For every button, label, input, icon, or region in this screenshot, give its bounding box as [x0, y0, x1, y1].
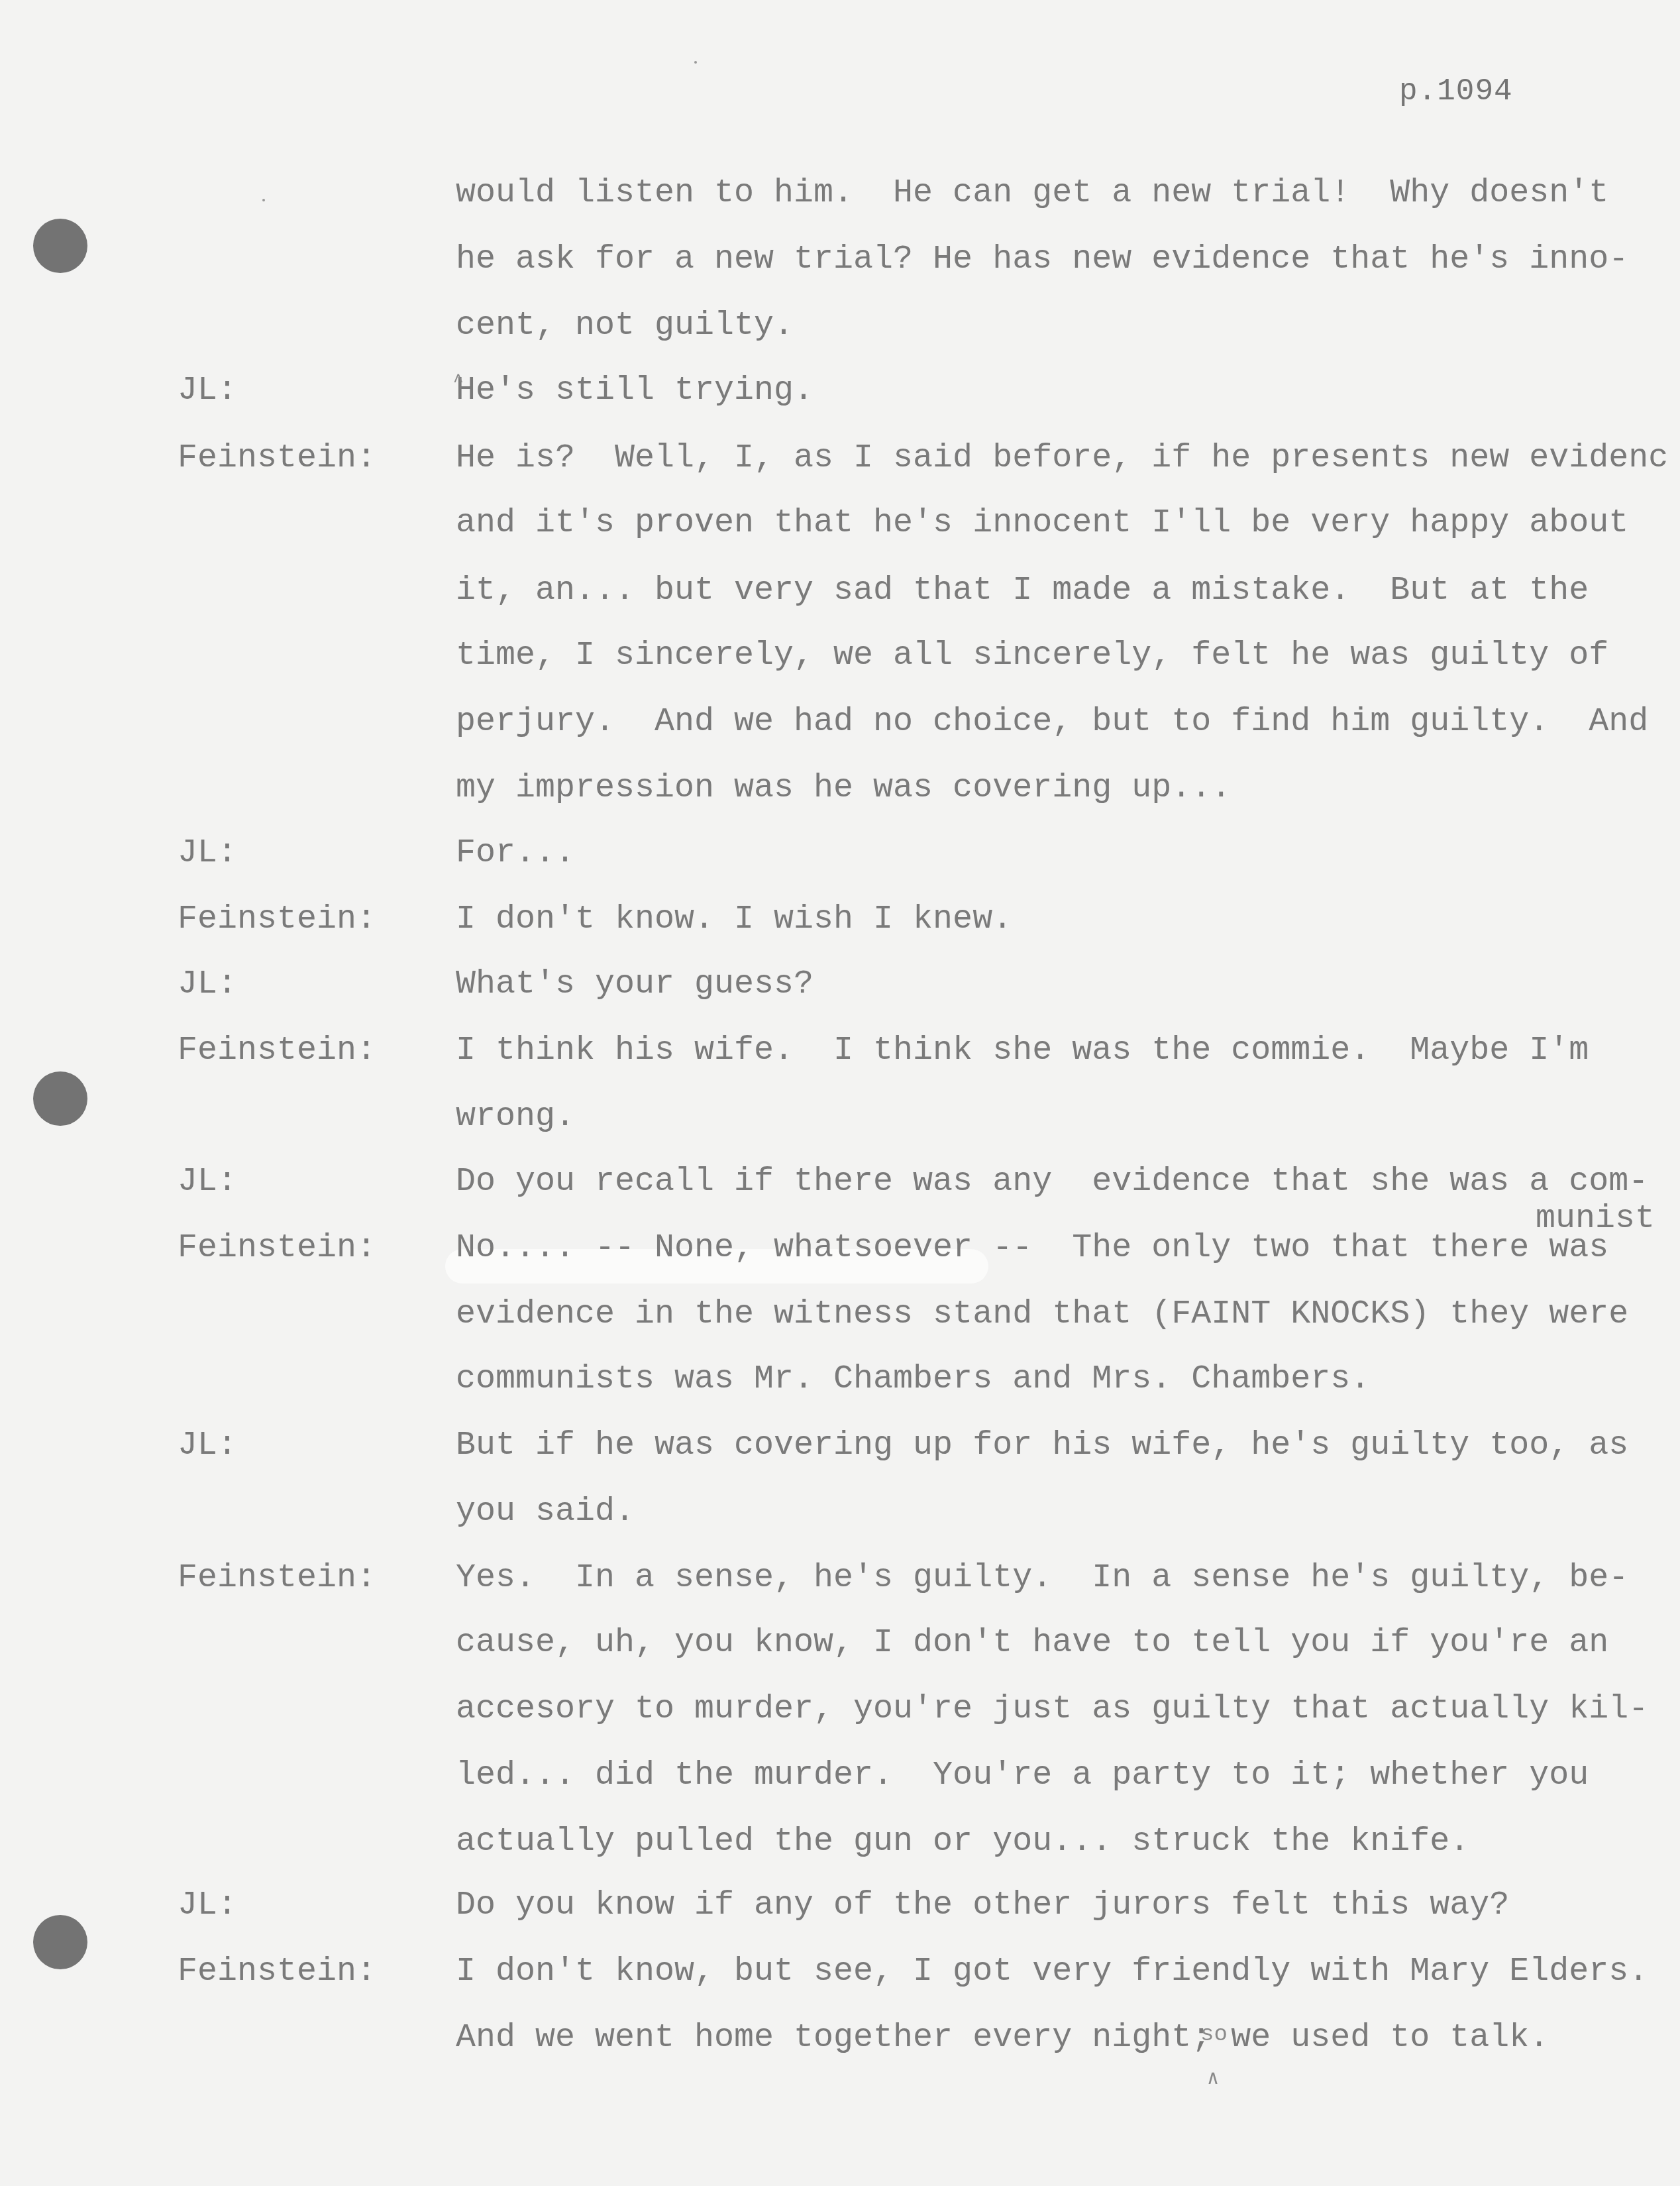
transcript-line: you said.	[0, 1492, 1680, 1532]
line-text: But if he was covering up for his wife, …	[456, 1426, 1628, 1466]
transcript-line: accesory to murder, you're just as guilt…	[0, 1690, 1680, 1729]
speaker-label: Feinstein:	[178, 900, 376, 940]
transcript-line: actually pulled the gun or you... struck…	[0, 1822, 1680, 1862]
line-text: it, an... but very sad that I made a mis…	[456, 571, 1589, 611]
transcript-line: wrong.	[0, 1097, 1680, 1137]
transcript-line: And we went home together every night; w…	[0, 2018, 1680, 2058]
line-text: For...	[456, 834, 575, 873]
speaker-label: JL:	[178, 965, 237, 1005]
speaker-label: JL:	[178, 371, 237, 411]
transcript-line: JL:Do you recall if there was any eviden…	[0, 1162, 1680, 1202]
transcript-line: perjury. And we had no choice, but to fi…	[0, 702, 1680, 742]
line-text: my impression was he was covering up...	[456, 769, 1231, 808]
speaker-label: Feinstein:	[178, 1952, 376, 1992]
line-text: cent, not guilty.	[456, 306, 794, 346]
transcript-line: JL:For...	[0, 834, 1680, 873]
line-text: he ask for a new trial? He has new evide…	[456, 240, 1628, 280]
transcript-line: time, I sincerely, we all sincerely, fel…	[0, 636, 1680, 676]
line-text: And we went home together every night; w…	[456, 2018, 1549, 2058]
line-text: cause, uh, you know, I don't have to tel…	[456, 1623, 1608, 1663]
transcript-line: led... did the murder. You're a party to…	[0, 1756, 1680, 1796]
transcript-line: Feinstein:I don't know, but see, I got v…	[0, 1952, 1680, 1992]
transcript-line: JL:But if he was covering up for his wif…	[0, 1426, 1680, 1466]
line-text: time, I sincerely, we all sincerely, fel…	[456, 636, 1608, 676]
line-text: I don't know, but see, I got very friend…	[456, 1952, 1648, 1992]
transcript-line: JL:What's your guess?	[0, 965, 1680, 1005]
transcript-line: Feinstein:No.... -- None, whatsoever -- …	[0, 1229, 1680, 1268]
page-number: p.1094	[1399, 74, 1513, 109]
transcript-line: Feinstein:Yes. In a sense, he's guilty. …	[0, 1558, 1680, 1598]
transcript-line: JL:He's still trying.	[0, 371, 1680, 411]
speaker-label: Feinstein:	[178, 1558, 376, 1598]
line-text: What's your guess?	[456, 965, 814, 1005]
line-text: led... did the murder. You're a party to…	[456, 1756, 1589, 1796]
line-text: you said.	[456, 1492, 635, 1532]
speaker-label: Feinstein:	[178, 1229, 376, 1268]
transcript-line: it, an... but very sad that I made a mis…	[0, 571, 1680, 611]
line-text: accesory to murder, you're just as guilt…	[456, 1690, 1648, 1729]
line-text: Yes. In a sense, he's guilty. In a sense…	[456, 1558, 1628, 1598]
speaker-label: Feinstein:	[178, 1031, 376, 1071]
transcript-line: evidence in the witness stand that (FAIN…	[0, 1295, 1680, 1335]
line-text: He's still trying.	[456, 371, 814, 411]
caret-insert-icon: ∧	[1207, 2066, 1219, 2091]
transcript-line: my impression was he was covering up...	[0, 769, 1680, 808]
line-text: I think his wife. I think she was the co…	[456, 1031, 1589, 1071]
paper-speck	[694, 61, 697, 64]
speaker-label: JL:	[178, 1886, 237, 1926]
speaker-label: JL:	[178, 834, 237, 873]
line-text: actually pulled the gun or you... struck…	[456, 1822, 1469, 1862]
line-text: He is? Well, I, as I said before, if he …	[456, 439, 1668, 478]
transcript-line: he ask for a new trial? He has new evide…	[0, 240, 1680, 280]
transcript-line: cause, uh, you know, I don't have to tel…	[0, 1623, 1680, 1663]
line-text: perjury. And we had no choice, but to fi…	[456, 702, 1648, 742]
line-text: No.... -- None, whatsoever -- The only t…	[456, 1229, 1608, 1268]
transcript-line: communists was Mr. Chambers and Mrs. Cha…	[0, 1360, 1680, 1399]
line-text: and it's proven that he's innocent I'll …	[456, 504, 1628, 543]
transcript-line: and it's proven that he's innocent I'll …	[0, 504, 1680, 543]
speaker-label: Feinstein:	[178, 439, 376, 478]
transcript-line: would listen to him. He can get a new tr…	[0, 174, 1680, 213]
transcript-line: Feinstein:I don't know. I wish I knew.	[0, 900, 1680, 940]
transcript-line: Feinstein:I think his wife. I think she …	[0, 1031, 1680, 1071]
line-text: would listen to him. He can get a new tr…	[456, 174, 1608, 213]
transcript-line: JL:Do you know if any of the other juror…	[0, 1886, 1680, 1926]
speaker-label: JL:	[178, 1162, 237, 1202]
line-text: wrong.	[456, 1097, 575, 1137]
line-text: evidence in the witness stand that (FAIN…	[456, 1295, 1628, 1335]
speaker-label: JL:	[178, 1426, 237, 1466]
caret-insert-icon: ˄	[453, 370, 464, 390]
line-text: Do you recall if there was any evidence …	[456, 1162, 1648, 1202]
transcript-line: cent, not guilty.	[0, 306, 1680, 346]
line-text: communists was Mr. Chambers and Mrs. Cha…	[456, 1360, 1370, 1399]
line-text: I don't know. I wish I knew.	[456, 900, 1012, 940]
line-text: Do you know if any of the other jurors f…	[456, 1886, 1509, 1926]
transcript-line: Feinstein:He is? Well, I, as I said befo…	[0, 439, 1680, 478]
handwritten-insert-mark: so	[1200, 2022, 1228, 2048]
